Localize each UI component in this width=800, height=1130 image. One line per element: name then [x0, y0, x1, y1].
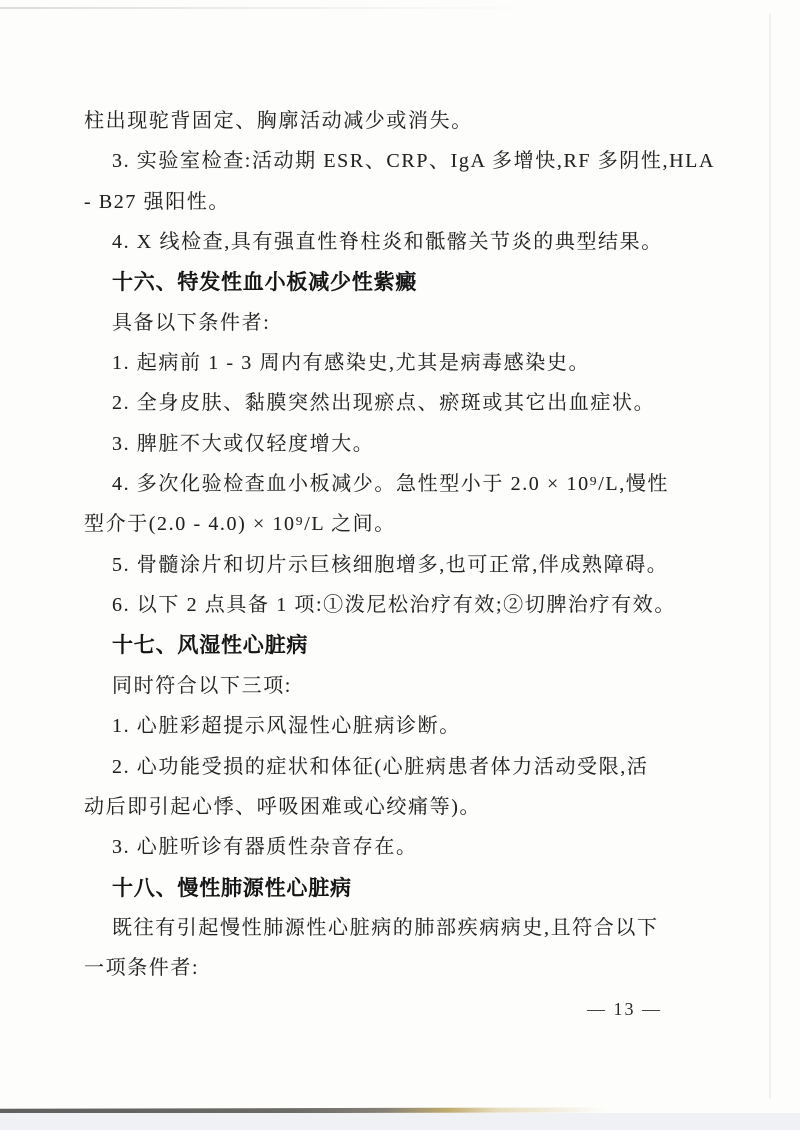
doc-line: 1. 心脏彩超提示风湿性心脏病诊断。 — [84, 706, 718, 746]
doc-line: 4. X 线检查,具有强直性脊柱炎和骶髂关节炎的典型结果。 — [84, 222, 718, 262]
scanned-document-page: 柱出现驼背固定、胸廓活动减少或消失。 3. 实验室检查:活动期 ESR、CRP、… — [0, 0, 800, 1130]
doc-line: 柱出现驼背固定、胸廓活动减少或消失。 — [84, 101, 718, 141]
doc-line: 3. 脾脏不大或仅轻度增大。 — [84, 424, 718, 464]
doc-line: 一项条件者: — [84, 948, 718, 988]
document-text-block: 柱出现驼背固定、胸廓活动减少或消失。 3. 实验室检查:活动期 ESR、CRP、… — [84, 101, 718, 1029]
doc-line: 6. 以下 2 点具备 1 项:①泼尼松治疗有效;②切脾治疗有效。 — [84, 585, 718, 625]
doc-line: 1. 起病前 1 - 3 周内有感染史,尤其是病毒感染史。 — [84, 343, 718, 383]
scan-top-edge-line — [0, 7, 540, 9]
doc-line: 具备以下条件者: — [84, 303, 718, 343]
doc-line: 4. 多次化验检查血小板减少。急性型小于 2.0 × 10⁹/L,慢性 — [84, 464, 718, 504]
section-heading-17: 十七、风湿性心脏病 — [84, 625, 718, 665]
doc-line: 5. 骨髓涂片和切片示巨核细胞增多,也可正常,伴成熟障碍。 — [84, 545, 718, 585]
doc-line: 3. 实验室检查:活动期 ESR、CRP、IgA 多增快,RF 多阴性,HLA — [84, 141, 718, 181]
doc-line: 2. 全身皮肤、黏膜突然出现瘀点、瘀斑或其它出血症状。 — [84, 383, 718, 423]
page-number: — 13 — — [84, 989, 718, 1029]
doc-line: 型介于(2.0 - 4.0) × 10⁹/L 之间。 — [84, 504, 718, 544]
section-heading-16: 十六、特发性血小板减少性紫癜 — [84, 262, 718, 302]
scan-right-edge-line — [769, 14, 771, 1099]
doc-line: 同时符合以下三项: — [84, 666, 718, 706]
section-heading-18: 十八、慢性肺源性心脏病 — [84, 868, 718, 908]
doc-line: - B27 强阳性。 — [84, 182, 718, 222]
scan-background-strip — [0, 1113, 800, 1130]
doc-line: 2. 心功能受损的症状和体征(心脏病患者体力活动受限,活 — [84, 747, 718, 787]
doc-line: 动后即引起心悸、呼吸困难或心绞痛等)。 — [84, 787, 718, 827]
doc-line: 3. 心脏听诊有器质性杂音存在。 — [84, 827, 718, 867]
doc-line: 既往有引起慢性肺源性心脏病的肺部疾病病史,且符合以下 — [84, 908, 718, 948]
